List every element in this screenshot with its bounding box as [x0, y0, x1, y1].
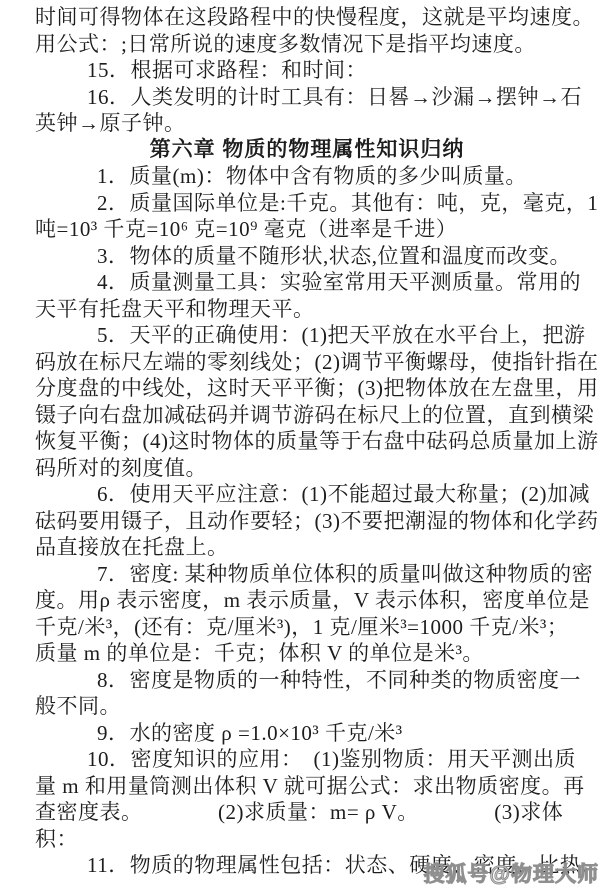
text-line: 6．使用天平应注意：(1)不能超过最大称量；(2)加减 [35, 481, 579, 508]
text-line: 吨=10³ 千克=10⁶ 克=10⁹ 毫克（进率是千进） [35, 216, 579, 243]
text-line: 8．密度是物质的一种特性，不同种类的物质密度一 [35, 667, 579, 694]
text-line: 天平有托盘天平和物理天平。 [35, 296, 579, 323]
text-line: 9．水的密度 ρ =1.0×10³ 千克/米³ [35, 720, 579, 747]
text-line: 时间可得物体在这段路程中的快慢程度，这就是平均速度。 [35, 4, 579, 31]
text-line: 3．物体的质量不随形状,状态,位置和温度而改变。 [35, 243, 579, 270]
text-line: 码放在标尺左端的零刻线处；(2)调节平衡螺母，使指针指在 [35, 349, 579, 376]
text-line: 5．天平的正确使用：(1)把天平放在水平台上，把游 [35, 322, 579, 349]
text-line: 2．质量国际单位是:千克。其他有：吨，克，毫克，1 [35, 190, 579, 217]
text-line: 恢复平衡；(4)这时物体的质量等于右盘中砝码总质量加上游 [35, 428, 579, 455]
text-line: 镊子向右盘加减砝码并调节游码在标尺上的位置，直到横梁 [35, 402, 579, 429]
text-line: 4．质量测量工具：实验室常用天平测质量。常用的 [35, 269, 579, 296]
text-line: 1．质量(m)：物体中含有物质的多少叫质量。 [35, 163, 579, 190]
text-line: 16．人类发明的计时工具有：日晷→沙漏→摆钟→石 [35, 84, 579, 111]
document-text-block: 时间可得物体在这段路程中的快慢程度，这就是平均速度。用公式：;日常所说的速度多数… [0, 0, 607, 879]
text-line: 砝码要用镊子，且动作要轻；(3)不要把潮湿的物体和化学药 [35, 508, 579, 535]
sohu-watermark: 搜狐号@物理大师 [424, 858, 599, 888]
text-line: 查密度表。 (2)求质量：m= ρ V。 (3)求体 [35, 799, 579, 826]
text-line: 积： [35, 826, 579, 853]
chapter-heading: 第六章 物质的物理属性知识归纳 [35, 137, 579, 164]
text-line: 用公式：;日常所说的速度多数情况下是指平均速度。 [35, 31, 579, 58]
text-line: 7．密度: 某种物质单位体积的质量叫做这种物质的密 [35, 561, 579, 588]
text-line: 10．密度知识的应用： (1)鉴别物质：用天平测出质 [35, 746, 579, 773]
text-line: 量 m 和用量筒测出体积 V 就可据公式：求出物质密度。再 [35, 773, 579, 800]
text-line: 分度盘的中线处，这时天平平衡；(3)把物体放在左盘里，用 [35, 375, 579, 402]
text-line: 度。用ρ 表示密度，m 表示质量，V 表示体积，密度单位是 [35, 587, 579, 614]
text-line: 码所对的刻度值。 [35, 455, 579, 482]
text-line: 品直接放在托盘上。 [35, 534, 579, 561]
scanned-document-page: { "page": { "background": "#ffffff", "te… [0, 0, 607, 893]
text-line: 英钟→原子钟。 [35, 110, 579, 137]
text-line: 15．根据可求路程：和时间： [35, 57, 579, 84]
text-line: 质量 m 的单位是：千克；体积 V 的单位是米³。 [35, 640, 579, 667]
text-line: 般不同。 [35, 693, 579, 720]
text-line: 千克/米³，(还有：克/厘米³)，1 克/厘米³=1000 千克/米³； [35, 614, 579, 641]
